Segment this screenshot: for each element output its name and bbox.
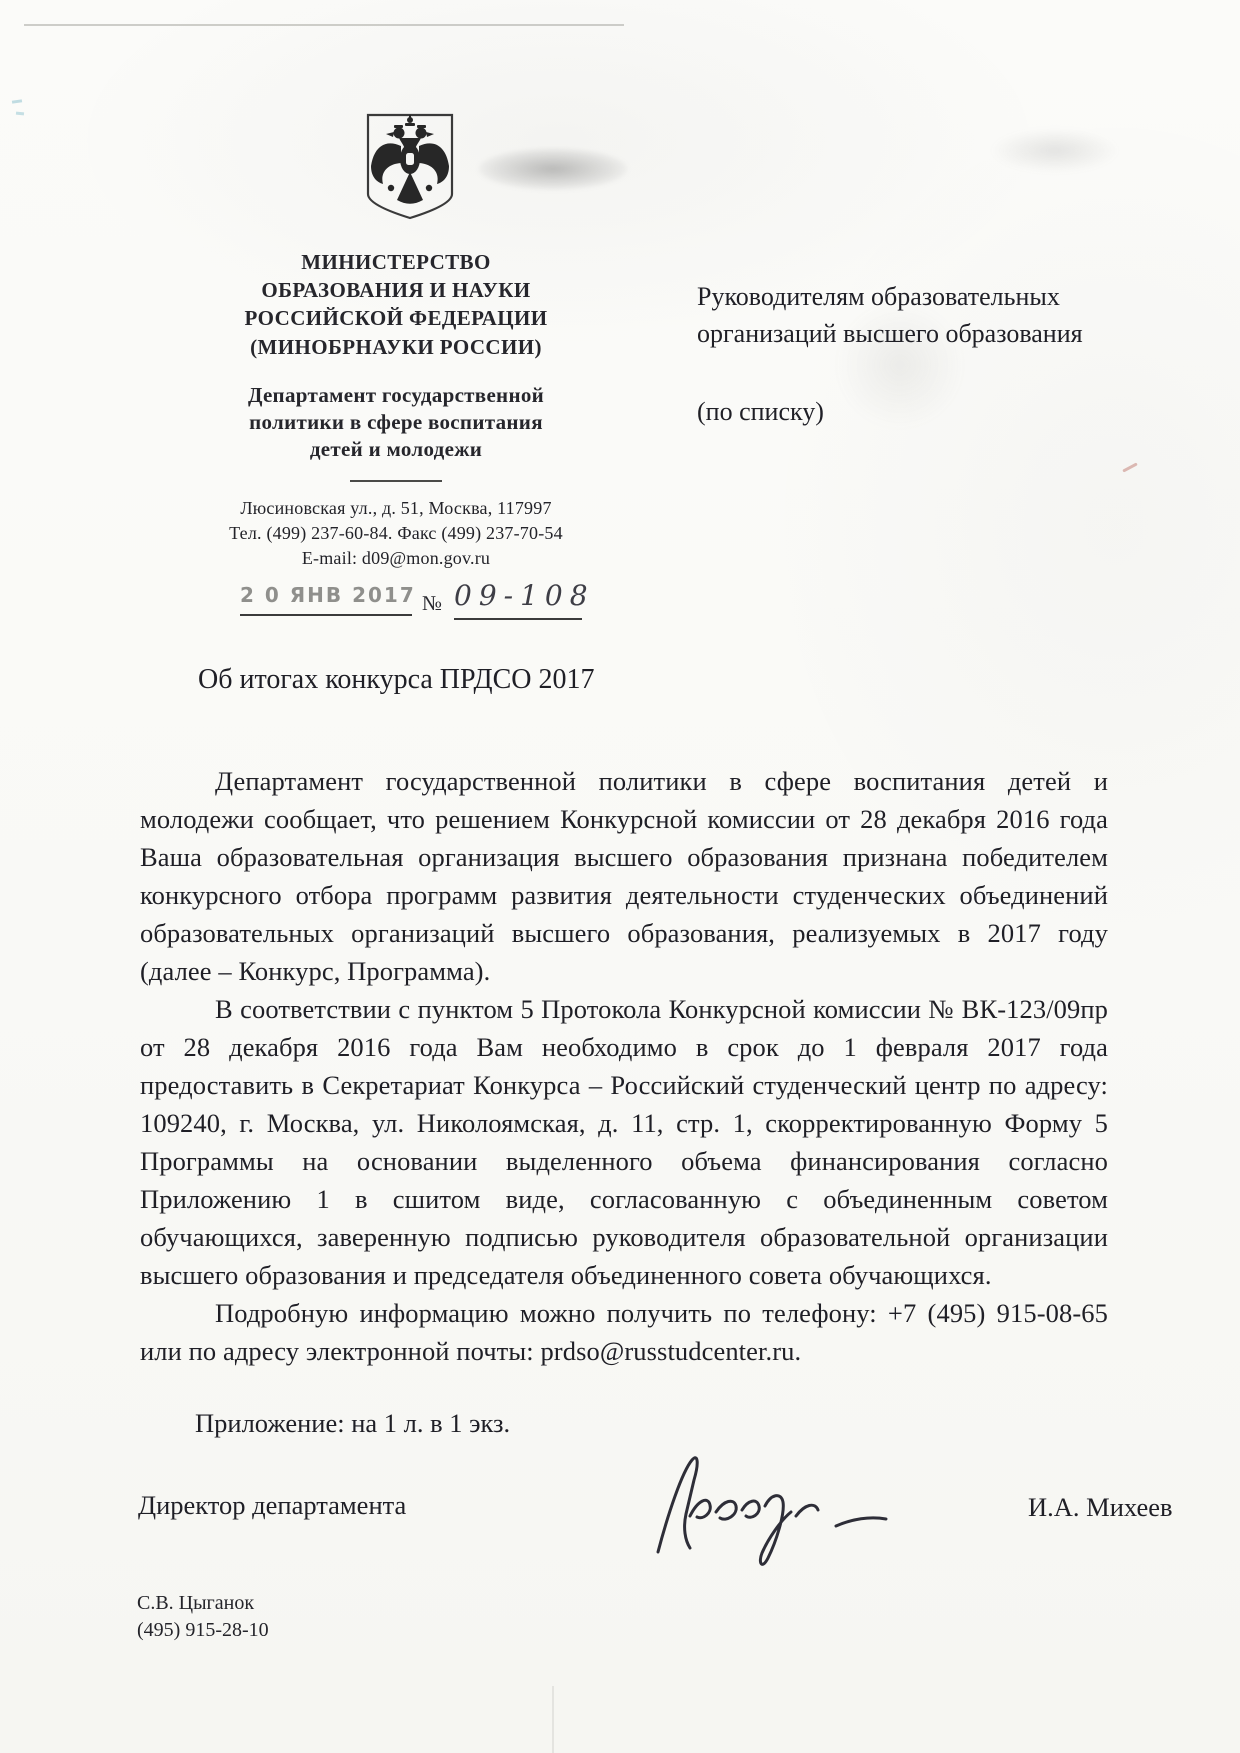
body-paragraph: В соответствии с пунктом 5 Протокола Кон… — [140, 990, 1108, 1294]
ministry-line: ОБРАЗОВАНИЯ И НАУКИ — [176, 276, 616, 304]
ministry-name: МИНИСТЕРСТВО ОБРАЗОВАНИЯ И НАУКИ РОССИЙС… — [176, 248, 616, 361]
email: E-mail: d09@mon.gov.ru — [176, 546, 616, 571]
scan-mark — [1122, 462, 1138, 472]
department-name: Департамент государственной политики в с… — [176, 382, 616, 463]
executor-block: С.В. Цыганок (495) 915-28-10 — [137, 1590, 269, 1644]
department-line: Департамент государственной — [176, 382, 616, 409]
scan-mark — [552, 1686, 554, 1753]
letter-body: Департамент государственной политики в с… — [140, 762, 1108, 1370]
scan-mark — [16, 112, 24, 116]
scanned-letter-page: МИНИСТЕРСТВО ОБРАЗОВАНИЯ И НАУКИ РОССИЙС… — [0, 0, 1240, 1753]
signer-name: И.А. Михеев — [1028, 1492, 1173, 1523]
addressee-line: организаций высшего образования — [697, 315, 1137, 352]
scan-mark — [12, 99, 22, 103]
body-paragraph: Департамент государственной политики в с… — [140, 762, 1108, 990]
registration-row: 2 0 ЯНВ 2017 № 09-108 — [176, 581, 616, 627]
phone-fax: Тел. (499) 237-60-84. Факс (499) 237-70-… — [176, 521, 616, 546]
scan-smudge — [990, 128, 1120, 173]
date-stamp: 2 0 ЯНВ 2017 — [240, 583, 412, 616]
department-line: политики в сфере воспитания — [176, 409, 616, 436]
subject-line: Об итогах конкурса ПРДСО 2017 — [198, 664, 594, 696]
handwritten-signature-icon — [648, 1452, 898, 1577]
signer-position: Директор департамента — [138, 1490, 406, 1521]
executor-name: С.В. Цыганок — [137, 1590, 269, 1617]
registration-number: 09-108 — [454, 579, 582, 620]
addressee-block: Руководителям образовательных организаци… — [697, 278, 1137, 430]
ministry-short-name: (МИНОБРНАУКИ РОССИИ) — [176, 333, 616, 361]
ministry-line: РОССИЙСКОЙ ФЕДЕРАЦИИ — [176, 304, 616, 332]
addressee-line: Руководителям образовательных — [697, 278, 1137, 315]
letterhead-divider — [350, 480, 442, 482]
postal-address: Люсиновская ул., д. 51, Москва, 117997 — [176, 496, 616, 521]
ministry-line: МИНИСТЕРСТВО — [176, 248, 616, 276]
letterhead: МИНИСТЕРСТВО ОБРАЗОВАНИЯ И НАУКИ РОССИЙС… — [176, 112, 616, 627]
number-sign: № — [422, 591, 442, 616]
body-paragraph: Подробную информацию можно получить по т… — [140, 1294, 1108, 1370]
addressee-list-note: (по списку) — [697, 393, 1137, 430]
executor-phone: (495) 915-28-10 — [137, 1617, 269, 1644]
scan-edge-line — [24, 24, 624, 26]
russian-coat-of-arms-icon — [362, 112, 458, 222]
attachment-line: Приложение: на 1 л. в 1 экз. — [140, 1408, 510, 1439]
department-line: детей и молодежи — [176, 436, 616, 463]
contact-info: Люсиновская ул., д. 51, Москва, 117997 Т… — [176, 496, 616, 571]
